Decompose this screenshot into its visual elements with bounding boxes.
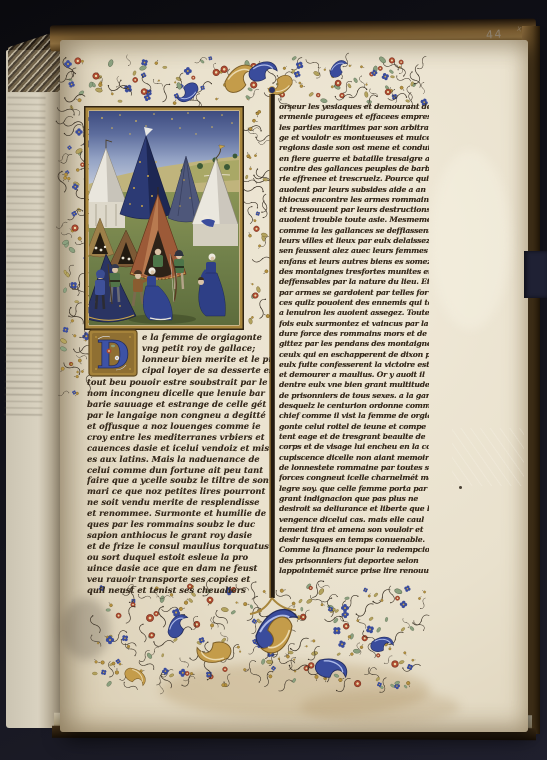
text-line: orseur les yesiaques et demourant de (279, 102, 429, 112)
text-line: faire que a ycelle soubz le tiltre de so… (87, 475, 273, 486)
right-column: orseur les yesiaques et demourant deerme… (279, 102, 429, 580)
text-line: et renommee. Surmonte et humilie de (87, 508, 273, 519)
text-line: ne soit vendu merite de resplendisse (87, 497, 273, 508)
text-line: sapion anthiocus le grant roy dasie (87, 530, 273, 541)
text-line: leurs villes et lieux par eulx delaissez (279, 236, 429, 246)
text-line: uince dasie ace que en dam ne feust (87, 563, 273, 574)
text-line: fois eulx surmontez et vaincus par la (279, 319, 429, 329)
text-line: contre des gallances peuples de barba (279, 164, 429, 174)
left-column: tout beu pouoir estre soubstrait par len… (87, 377, 273, 597)
text-line: les parties maritimes par son arbitra (279, 123, 429, 133)
text-line: corps et de visage lui encheu en la con (279, 442, 429, 452)
text-line: enfans et leurs autres biens es somez (279, 257, 429, 267)
text-line: forces congneut icelle charnelmét ma (279, 473, 429, 483)
text-line: des montaignes tresfortes munites et (279, 267, 429, 277)
text-line: chief comme il vist la femme de orgia (279, 411, 429, 421)
text-line: mari ce que noz petites lires pourront (87, 486, 273, 497)
text-line: barie sauuage et estrange de celle gét (87, 399, 273, 410)
water-stain (300, 690, 460, 724)
text-line: tement tira et amena son vouloir et (279, 525, 429, 535)
text-line: e la femme de orgiagonte (142, 332, 270, 343)
text-line: celui comme dun fortune ait peu tant (87, 465, 273, 476)
text-line: et offusque a noz louenges comme ie (87, 421, 273, 432)
text-line: auoient trouble toute asie. Mesmemét (279, 215, 429, 225)
text-line: de prisonniers de tous sexes. a la garde (279, 391, 429, 401)
text-line: des prisonniers fut deportee selon (279, 556, 429, 566)
text-line: cauences dasie et icelui vendoiz et mis (87, 443, 273, 454)
text-line: deffensables par la nature du lieu. Et (279, 277, 429, 287)
text-line: auoient par leurs subsides aide a an (279, 185, 429, 195)
text-line: a lenuiron les auoient assegez. Toutef (279, 308, 429, 318)
parchment-scratches (452, 428, 524, 486)
text-line: eulx fuite confesserent la victoire estr… (279, 360, 429, 370)
text-line: et tressouuent par leurs destructions (279, 205, 429, 215)
text-line: nom incongneu dicelle que lenuie bar (87, 388, 273, 399)
text-line: grant indignacion que pas plus ne (279, 494, 429, 504)
text-line: ou sort duquel estoit esleue la pro (87, 552, 273, 563)
facing-page-text-bleed (4, 84, 46, 420)
text-line: gittez par les pendans des montaignes (279, 339, 429, 349)
left-column-initial-lines: e la femme de orgiagontevng petit roy de… (142, 332, 270, 377)
light-area (430, 150, 510, 330)
text-line: desquelz le centurion ordonne comme (279, 401, 429, 411)
facing-page-edge (6, 50, 64, 728)
text-line: thiocus encontre les armes rommaines (279, 195, 429, 205)
folio-number: 44 (486, 27, 504, 41)
text-line: veu rauoir transporte ses copies et (87, 574, 273, 585)
text-line: dentre eulx vne bien grant multitude (279, 380, 429, 390)
text-line: sen feussent alez auec leurs femmes et (279, 246, 429, 256)
text-line: croy entre les mediterranes vrbiers et (87, 432, 273, 443)
text-line: cipal loyer de sa desserte est (142, 365, 270, 376)
manuscript-photo: D e la femme de orgiagontevng petit roy … (0, 0, 547, 760)
text-line: es aux latins. Mais la naduenance de (87, 454, 273, 465)
text-line: par le langaige non congneu a degitté (87, 410, 273, 421)
bookmark-tab (524, 251, 547, 298)
text-line: regions dasie son ost mene et conduict (279, 143, 429, 153)
text-line: ces quilz pouoient des ennemis qui tout (279, 298, 429, 308)
text-line: ques par les rommains soubz le duc (87, 519, 273, 530)
text-line: tent eage et de tresgrant beaulte de (279, 432, 429, 442)
text-line: rie effrenee et trescruelz. Pource quilz (279, 174, 429, 184)
text-line: vengence dicelui cas. mais elle caul (279, 515, 429, 525)
ink-smudge (62, 598, 110, 660)
text-line: Comme la finance pour la redempcion (279, 545, 429, 555)
speck (459, 486, 462, 489)
text-line: en fiere guerre et bataille tresaigre al… (279, 154, 429, 164)
text-line: desir iusques en temps conuenable. (279, 535, 429, 545)
text-line: lonneur bien merite et le prin (142, 354, 270, 365)
text-line: vng petit roy de gallace; (142, 343, 270, 354)
text-line: comme ia les gallances se deffiassent (279, 226, 429, 236)
text-line: ge et vouloir es montueuses et muicee (279, 133, 429, 143)
text-line: legre soy. que celle femme porta par si (279, 484, 429, 494)
text-line: ermenie puragees et effacees empres (279, 112, 429, 122)
text-line: et demourer a maulius. Or y auoit il (279, 370, 429, 380)
text-line: lappointemét surce prise lire renouuel (279, 566, 429, 576)
text-line: de lonnestete rommaine par toutes ses (279, 463, 429, 473)
text-line: desiroit sa deliurance et liberte que la (279, 504, 429, 514)
text-line: ceulx qui en eschapperent de dixon par (279, 350, 429, 360)
text-line: gonte celui roitel de ieune et compe (279, 422, 429, 432)
text-line: et de frize le consul maulius torquatus (87, 541, 273, 552)
text-line: dure force des rommains mors et de (279, 329, 429, 339)
text-line: par armes se gardoient par telles for (279, 288, 429, 298)
text-line: tout beu pouoir estre soubstrait par le (87, 377, 273, 388)
text-line: cupiscence dicelle non aiant memoire (279, 453, 429, 463)
text-line: quil neust et tenist ses cheualiers (87, 585, 273, 596)
